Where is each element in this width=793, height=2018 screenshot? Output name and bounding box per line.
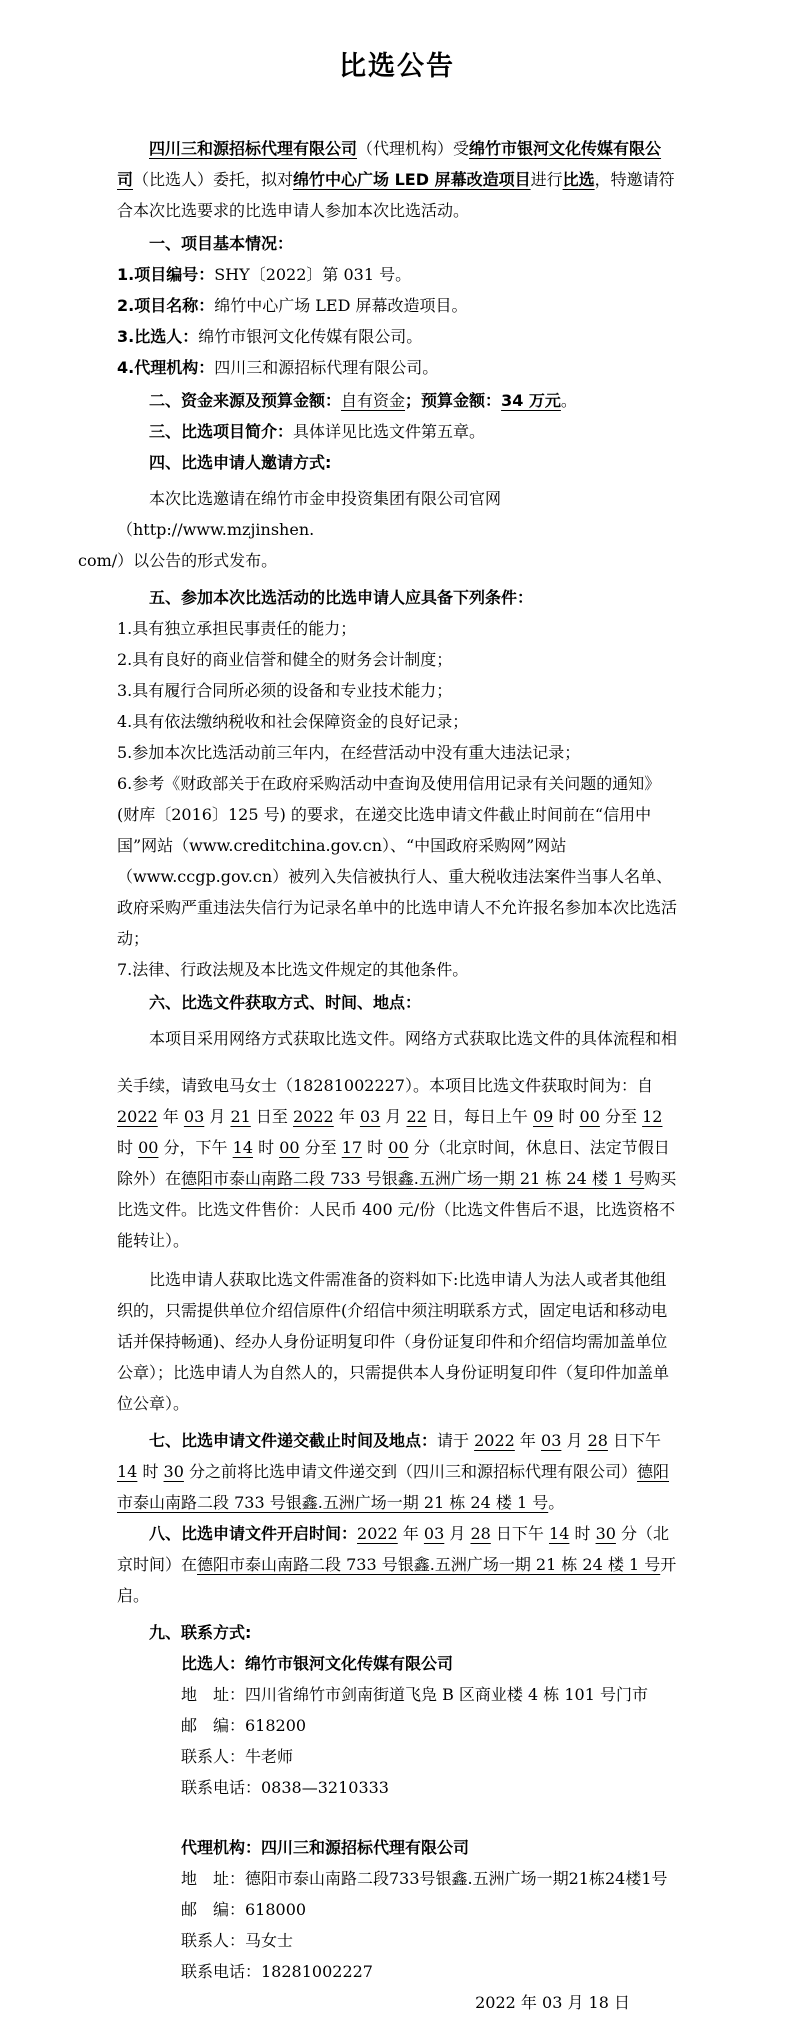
text-segment: 30 [164,1462,184,1481]
text-segment: 时 [569,1524,595,1543]
agency-contact-block: 代理机构：四川三和源招标代理有限公司 地 址：德阳市泰山南路二段733号银鑫.五… [181,1832,677,1987]
condition-2: 2.具有良好的商业信誉和健全的财务会计制度； [117,644,677,675]
text-segment: 绵竹中心广场 LED 屏幕改造项目 [293,170,531,189]
text-segment: 月 [561,1431,587,1450]
selector-phone-line: 联系电话：0838—3210333 [181,1772,677,1803]
agency-contact-title: 代理机构：四川三和源招标代理有限公司 [181,1832,677,1863]
announcement-date: 2022 年 03 月 18 日 [117,1987,630,2018]
text-segment: 3.比选人： [117,327,198,346]
condition-7: 7.法律、行政法规及本比选文件规定的其他条件。 [117,954,677,985]
text-segment: 年 [334,1107,360,1126]
text-segment: 03 [184,1107,204,1126]
text-segment: 28 [588,1431,608,1450]
condition-6: 6.参考《财政部关于在政府采购活动中查询及使用信用记录有关问题的通知》(财库〔2… [117,768,677,954]
text-segment: 21 [230,1107,250,1126]
section-7-deadline-paragraph: 七、比选申请文件递交截止时间及地点：请于 2022 年 03 月 28 日下午 … [117,1425,677,1518]
project-name-line: 2.项目名称：绵竹中心广场 LED 屏幕改造项目。 [117,290,677,321]
selector-postcode-line: 邮 编：618200 [181,1710,677,1741]
intro-paragraph: 四川三和源招标代理有限公司（代理机构）受绵竹市银河文化传媒有限公司（比选人）委托… [117,133,677,226]
text-segment: 03 [424,1524,444,1543]
condition-1: 1.具有独立承担民事责任的能力； [117,613,677,644]
text-segment: 00 [279,1138,299,1157]
text-segment: 德阳市泰山南路二段 733 号银鑫.五洲广场一期 21 栋 24 楼 1 号 [181,1169,644,1188]
section-9-heading: 九、联系方式: [117,1617,677,1648]
text-segment: 三、比选项目简介： [149,422,293,441]
selector-address-line: 地 址：四川省绵竹市剑南街道飞凫 B 区商业楼 4 栋 101 号门市 [181,1679,677,1710]
text-segment: 月 [204,1107,230,1126]
text-segment: 00 [388,1138,408,1157]
text-segment: 八、比选申请文件开启时间： [149,1524,357,1543]
text-segment: 14 [233,1138,253,1157]
text-segment: 日下午 [608,1431,661,1450]
text-segment: 分至 [600,1107,642,1126]
text-segment: 。 [548,1493,564,1512]
agency-line: 4.代理机构：四川三和源招标代理有限公司。 [117,352,677,383]
text-segment: 进行 [531,170,563,189]
text-segment: 月 [380,1107,406,1126]
announcement-document-page: 比选公告 四川三和源招标代理有限公司（代理机构）受绵竹市银河文化传媒有限公司（比… [0,0,793,2018]
agency-postcode-line: 邮 编：618000 [181,1894,677,1925]
section-1-heading: 一、项目基本情况： [117,228,677,259]
text-segment: 。 [561,391,577,410]
text-segment: 00 [580,1107,600,1126]
text-segment: 30 [596,1524,616,1543]
text-segment: 分，下午 [158,1138,232,1157]
selector-line: 3.比选人：绵竹市银河文化传媒有限公司。 [117,321,677,352]
text-segment: 时 [362,1138,388,1157]
text-segment: 时 [137,1462,163,1481]
text-segment: 时 [253,1138,279,1157]
agency-contact-person-line: 联系人：马女士 [181,1925,677,1956]
doc-obtain-paragraph-rest: 关手续，请致电马女士（18281002227）。本项目比选文件获取时间为：自 2… [117,1070,677,1256]
text-segment: 绵竹市银河文化传媒有限公司。 [198,327,422,346]
text-segment: 2022 [474,1431,515,1450]
text-segment: 预算金额： [421,391,501,410]
text-segment: 14 [549,1524,569,1543]
text-segment: SHY〔2022〕第 031 号。 [214,265,411,284]
text-segment: 绵竹中心广场 LED 屏幕改造项目。 [214,296,467,315]
text-segment: 2022 [293,1107,334,1126]
text-segment: 四川三和源招标代理有限公司 [149,139,357,158]
text-segment: 17 [342,1138,362,1157]
text-segment: 09 [533,1107,553,1126]
text-segment: 年 [398,1524,424,1543]
text-segment: 时 [553,1107,579,1126]
doc-obtain-paragraph-line-1: 本项目采用网络方式获取比选文件。网络方式获取比选文件的具体流程和相 [117,1023,677,1054]
invitation-paragraph-line-1: 本次比选邀请在绵竹市金申投资集团有限公司官网（http://www.mzjins… [117,483,677,545]
text-segment: 年 [158,1107,184,1126]
contact-blocks-spacer [117,1803,677,1832]
condition-3: 3.具有履行合同所必须的设备和专业技术能力； [117,675,677,706]
text-segment: 时 [117,1138,138,1157]
text-segment: 七、比选申请文件递交截止时间及地点： [149,1431,437,1450]
text-segment: 34 万元 [501,391,561,410]
text-segment: 关手续，请致电马女士（18281002227）。本项目比选文件获取时间为：自 [117,1076,653,1095]
text-segment: 自有资金 [341,391,405,410]
text-segment: 2.项目名称： [117,296,214,315]
text-segment: 日至 [251,1107,293,1126]
text-segment: 03 [541,1431,561,1450]
invitation-paragraph-line-2: com/）以公告的形式发布。 [78,545,677,576]
text-segment: 22 [406,1107,426,1126]
text-segment: 具体详见比选文件第五章。 [293,422,485,441]
selector-contact-block: 比选人：绵竹市银河文化传媒有限公司 地 址：四川省绵竹市剑南街道飞凫 B 区商业… [181,1648,677,1803]
text-segment: 分之前将比选申请文件递交到（四川三和源招标代理有限公司） [184,1462,637,1481]
text-segment: 请于 [437,1431,474,1450]
text-segment: 00 [138,1138,158,1157]
text-segment: 12 [642,1107,662,1126]
section-6-heading: 六、比选文件获取方式、时间、地点： [117,987,677,1018]
text-segment: 2022 [357,1524,398,1543]
text-segment: 4.代理机构： [117,358,214,377]
text-segment: 28 [470,1524,490,1543]
text-segment: 德阳市泰山南路二段 733 号银鑫.五洲广场一期 21 栋 24 楼 1 号 [197,1555,660,1574]
text-segment: （代理机构）受 [357,139,469,158]
section-3-brief-line: 三、比选项目简介：具体详见比选文件第五章。 [117,416,677,447]
text-segment: 分至 [300,1138,342,1157]
text-segment: 二、资金来源及预算金额： [149,391,341,410]
selector-contact-person-line: 联系人：牛老师 [181,1741,677,1772]
text-segment: 日下午 [491,1524,549,1543]
text-segment: （比选人）委托，拟对 [133,170,293,189]
section-8-opening-paragraph: 八、比选申请文件开启时间：2022 年 03 月 28 日下午 14 时 30 … [117,1518,677,1611]
agency-address-line: 地 址：德阳市泰山南路二段733号银鑫.五洲广场一期21栋24楼1号 [181,1863,677,1894]
text-segment: 比选 [563,170,595,189]
text-segment: 14 [117,1462,137,1481]
condition-4: 4.具有依法缴纳税收和社会保障资金的良好记录； [117,706,677,737]
section-4-heading: 四、比选申请人邀请方式: [117,447,677,478]
doc-materials-paragraph: 比选申请人获取比选文件需准备的资料如下:比选申请人为法人或者其他组织的，只需提供… [117,1264,677,1419]
section-2-funding-line: 二、资金来源及预算金额：自有资金；预算金额：34 万元。 [117,385,677,416]
section-5-heading: 五、参加本次比选活动的比选申请人应具备下列条件： [117,582,677,613]
document-title: 比选公告 [117,45,677,89]
text-segment: 2022 [117,1107,158,1126]
selector-contact-title: 比选人：绵竹市银河文化传媒有限公司 [181,1648,677,1679]
text-segment: 年 [515,1431,541,1450]
agency-phone-line: 联系电话：18281002227 [181,1956,677,1987]
condition-5: 5.参加本次比选活动前三年内，在经营活动中没有重大违法记录； [117,737,677,768]
text-segment: ； [405,391,421,410]
text-segment: 日，每日上午 [427,1107,533,1126]
project-number-line: 1.项目编号：SHY〔2022〕第 031 号。 [117,259,677,290]
text-segment: 四川三和源招标代理有限公司。 [214,358,438,377]
text-segment: 1.项目编号： [117,265,214,284]
text-segment: 03 [360,1107,380,1126]
text-segment: 月 [444,1524,470,1543]
